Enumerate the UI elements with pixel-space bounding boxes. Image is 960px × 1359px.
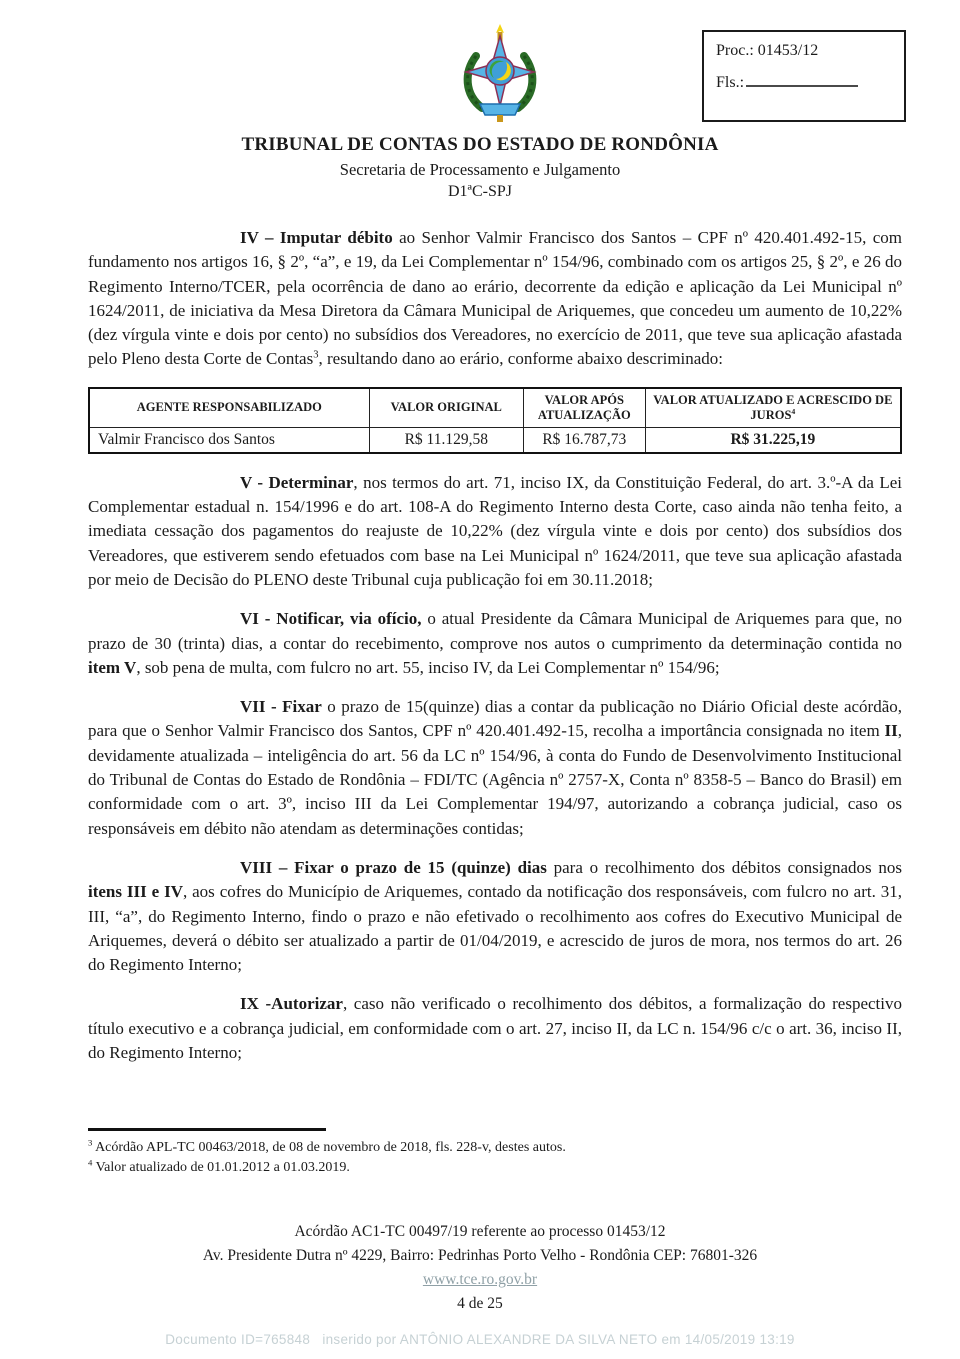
paragraph-item-vi: VI - Notificar, via ofício, o atual Pres… (88, 607, 902, 680)
debt-table-header-row: AGENTE RESPONSABILIZADO VALOR ORIGINAL V… (89, 388, 901, 428)
paragraph-item-ix: IX -Autorizar, caso não verificado o rec… (88, 992, 902, 1065)
footnotes-block: 3 Acórdão APL-TC 00463/2018, de 08 de no… (88, 1128, 902, 1177)
department-code: D1ªC-SPJ (0, 183, 960, 201)
col-header-valor-original: VALOR ORIGINAL (369, 388, 523, 428)
page-number: 4 de 25 (0, 1292, 960, 1316)
secretariat-subtitle: Secretaria de Processamento e Julgamento (0, 160, 960, 180)
document-page: Proc.: 01453/12 Fls.: TRIBUNAL DE CONTAS… (0, 0, 960, 1359)
paragraph-item-v: V - Determinar, nos termos do art. 71, i… (88, 471, 902, 592)
proc-label: Proc.: (716, 42, 754, 59)
document-id-watermark: Documento ID=765848 inserido por ANTÔNIO… (0, 1332, 960, 1347)
rondonia-coat-of-arms-icon (452, 24, 548, 124)
debt-table: AGENTE RESPONSABILIZADO VALOR ORIGINAL V… (88, 387, 902, 454)
fls-label: Fls.: (716, 74, 744, 91)
cell-agente: Valmir Francisco dos Santos (89, 427, 369, 453)
footnote-separator (88, 1128, 326, 1131)
document-body: IV – Imputar débito ao Senhor Valmir Fra… (88, 226, 902, 1080)
process-stamp-box: Proc.: 01453/12 Fls.: (702, 30, 906, 122)
paragraph-item-iv: IV – Imputar débito ao Senhor Valmir Fra… (88, 226, 902, 372)
paragraph-item-viii: VIII – Fixar o prazo de 15 (quinze) dias… (88, 856, 902, 977)
footer-address: Av. Presidente Dutra nº 4229, Bairro: Pe… (0, 1244, 960, 1268)
col-header-agente: AGENTE RESPONSABILIZADO (89, 388, 369, 428)
debt-table-row: Valmir Francisco dos Santos R$ 11.129,58… (89, 427, 901, 453)
page-footer: Acórdão AC1-TC 00497/19 referente ao pro… (0, 1220, 960, 1316)
footer-acordao-reference: Acórdão AC1-TC 00497/19 referente ao pro… (0, 1220, 960, 1244)
col-header-valor-apos-atualizacao: VALOR APÓS ATUALIZAÇÃO (523, 388, 645, 428)
cell-valor-apos: R$ 16.787,73 (523, 427, 645, 453)
proc-number: 01453/12 (758, 42, 818, 59)
col-header-valor-atualizado-juros: VALOR ATUALIZADO E ACRESCIDO DE JUROS4 (645, 388, 901, 428)
fls-blank-field (746, 73, 858, 87)
footnote-4: 4 Valor atualizado de 01.01.2012 a 01.03… (88, 1158, 902, 1178)
paragraph-item-vii: VII - Fixar o prazo de 15(quinze) dias a… (88, 695, 902, 841)
document-header: TRIBUNAL DE CONTAS DO ESTADO DE RONDÔNIA… (0, 134, 960, 201)
cell-valor-original: R$ 11.129,58 (369, 427, 523, 453)
tce-website-link[interactable]: www.tce.ro.gov.br (423, 1271, 537, 1288)
cell-valor-juros: R$ 31.225,19 (645, 427, 901, 453)
institution-title: TRIBUNAL DE CONTAS DO ESTADO DE RONDÔNIA (0, 134, 960, 156)
footnote-3: 3 Acórdão APL-TC 00463/2018, de 08 de no… (88, 1138, 902, 1158)
